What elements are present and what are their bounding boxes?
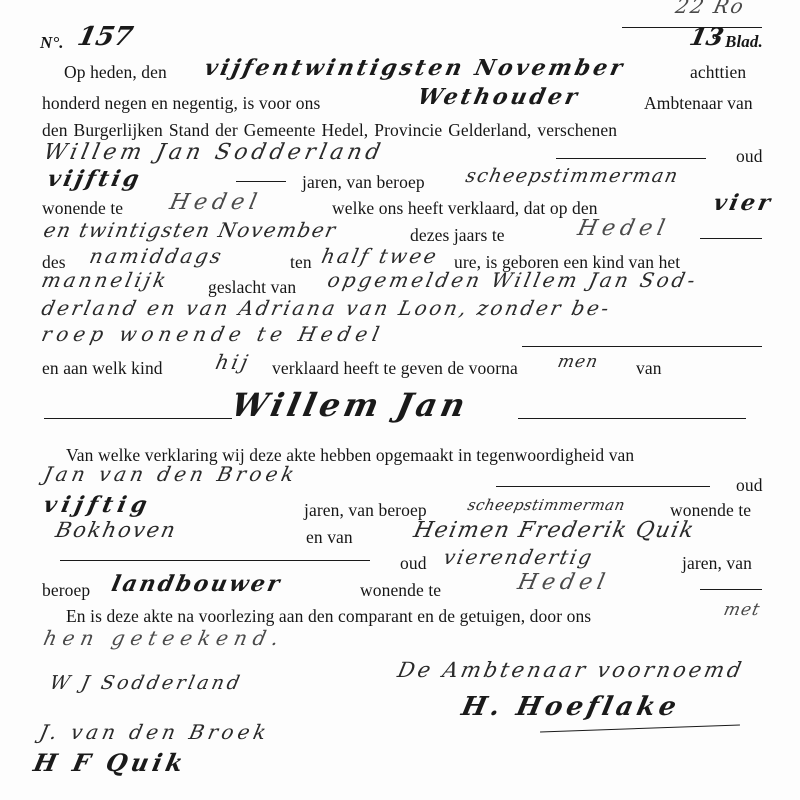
text-met: met — [722, 600, 762, 620]
declarant-residence: Hedel — [167, 190, 264, 215]
witness2-age: vierendertig — [441, 545, 595, 569]
fill-line — [522, 346, 762, 347]
text-year: honderd negen en negentig, is voor ons — [42, 93, 320, 114]
witness2-occupation: landbouwer — [109, 571, 284, 597]
text-jaren-beroep: jaren, van beroep — [302, 172, 425, 193]
text-oud: oud — [400, 553, 427, 574]
fill-line — [60, 560, 370, 561]
declarant-age: vijftig — [45, 166, 144, 192]
text-voorlezing: En is deze akte na voorlezing aan den co… — [66, 606, 591, 627]
text-geslacht-van: geslacht van — [208, 277, 296, 298]
child-given-name: Willem Jan — [228, 386, 472, 424]
text-wonende-te: wonende te — [42, 198, 123, 219]
signature-declarant: W J Sodderland — [48, 672, 245, 694]
fill-line — [700, 238, 762, 239]
page-number: 13 — [687, 22, 727, 51]
birth-daypart: namiddags — [87, 244, 225, 268]
text-wonende-te: wonende te — [360, 580, 441, 601]
text-ambtenaar: Ambtenaar van — [644, 93, 753, 114]
witness2-name: Heimen Frederik Quik — [411, 518, 697, 543]
record-number: 157 — [75, 22, 136, 52]
text-op-heden: Op heden, den — [64, 62, 167, 83]
witness2-residence: Hedel — [515, 570, 612, 595]
fill-line — [496, 486, 710, 487]
signature-witness2: H F Quik — [31, 748, 190, 777]
witness1-occupation: scheepstimmerman — [466, 496, 627, 514]
witness1-residence: Bokhoven — [53, 518, 179, 542]
text-burgerlijke-stand: den Burgerlijken Stand der Gemeente Hede… — [42, 120, 617, 141]
text-jaren-beroep: jaren, van beroep — [304, 500, 427, 521]
declarant-pronoun: hij — [213, 350, 253, 374]
text-verklaard: welke ons heeft verklaard, dat op den — [332, 198, 598, 219]
fill-line — [44, 418, 232, 419]
birth-date-part1: vier — [711, 190, 775, 216]
fill-line — [518, 418, 746, 419]
page-suffix: e — [712, 30, 717, 42]
voornamen-suffix: men — [556, 352, 600, 372]
witness1-age: vijftig — [41, 492, 154, 518]
text-geteekend: hen geteekend. — [41, 626, 286, 650]
birth-time: half twee — [319, 244, 440, 268]
record-number-prefix: N°. — [40, 33, 64, 53]
page-label: Blad. — [725, 32, 763, 52]
text-voornamen: verklaard heeft te geven de voorna — [272, 358, 518, 379]
declarant-name: Willem Jan Sodderland — [41, 140, 386, 165]
parents-residence: roep wonende te Hedel — [39, 322, 386, 346]
parents-names: derland en van Adriana van Loon, zonder … — [39, 296, 613, 320]
signature-official-title: De Ambtenaar voornoemd — [395, 658, 746, 682]
birth-place: Hedel — [575, 216, 672, 241]
child-sex: mannelijk — [39, 268, 171, 292]
signature-official-name: H. Hoeflake — [459, 692, 683, 722]
text-achttien: achttien — [690, 62, 746, 83]
signature-witness1: J. van den Broek — [37, 720, 272, 744]
birth-date-part2: en twintigsten November — [41, 218, 339, 242]
father-reference: opgemelden Willem Jan Sod- — [325, 268, 700, 292]
text-en-van: en van — [306, 527, 353, 548]
birth-certificate-page: N°. 157 22 Ro 13 e Blad. Op heden, den v… — [0, 0, 800, 800]
signature-underline — [540, 725, 740, 733]
page-ref-top: 22 Ro — [673, 0, 747, 18]
fill-line — [700, 589, 762, 590]
birth-registration-date: vijfentwintigsten November — [202, 55, 627, 81]
official-role: Wethouder — [415, 84, 582, 110]
text-jaren-van: jaren, van — [682, 553, 752, 574]
witness1-name: Jan van den Broek — [41, 462, 300, 486]
text-aan-welk-kind: en aan welk kind — [42, 358, 163, 379]
text-oud: oud — [736, 146, 763, 167]
fill-line — [556, 158, 706, 159]
text-van: van — [636, 358, 662, 379]
fill-line — [236, 181, 286, 182]
declarant-occupation: scheepstimmerman — [464, 165, 681, 187]
text-beroep: beroep — [42, 580, 90, 601]
text-ten: ten — [290, 252, 312, 273]
text-oud: oud — [736, 475, 763, 496]
text-dezes-jaars: dezes jaars te — [410, 225, 505, 246]
